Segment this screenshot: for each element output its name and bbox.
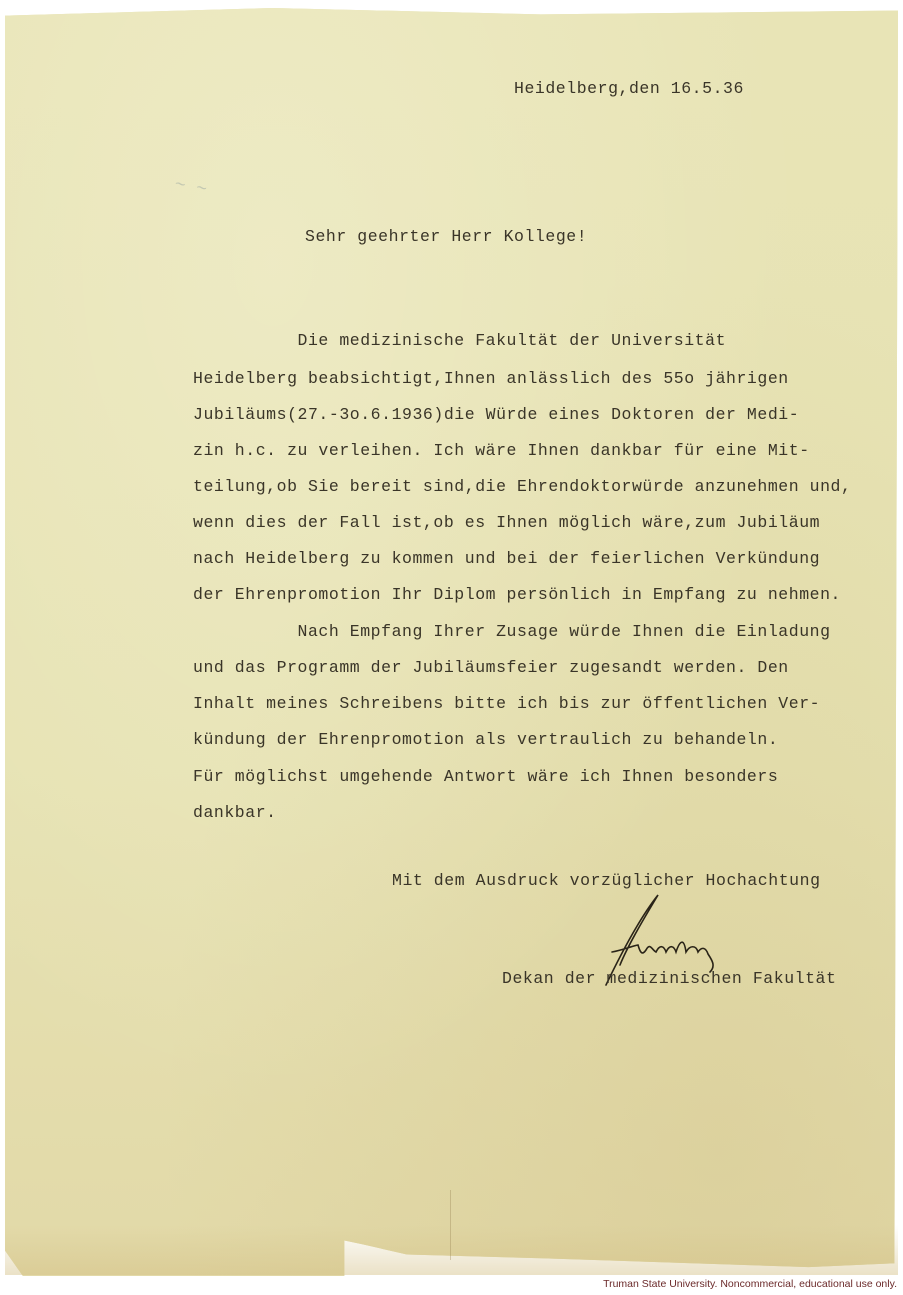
body-line: Für möglichst umgehende Antwort wäre ich… xyxy=(193,769,778,786)
closing-line: Mit dem Ausdruck vorzüglicher Hochachtun… xyxy=(392,873,821,890)
body-line: Heidelberg beabsichtigt,Ihnen anlässlich… xyxy=(193,371,789,388)
body-line: der Ehrenpromotion Ihr Diplom persönlich… xyxy=(193,587,841,604)
letter-paper xyxy=(5,8,898,1276)
body-line: zin h.c. zu verleihen. Ich wäre Ihnen da… xyxy=(193,443,810,460)
body-line: Jubiläums(27.-3o.6.1936)die Würde eines … xyxy=(193,407,799,424)
body-line: Die medizinische Fakultät der Universitä… xyxy=(193,333,726,350)
body-line: Inhalt meines Schreibens bitte ich bis z… xyxy=(193,696,820,713)
salutation: Sehr geehrter Herr Kollege! xyxy=(305,229,587,246)
body-line: dankbar. xyxy=(193,805,277,822)
body-line: kündung der Ehrenpromotion als vertrauli… xyxy=(193,732,778,749)
watermark-text: Truman State University. Noncommercial, … xyxy=(603,1278,897,1290)
paper-stain xyxy=(5,1225,898,1275)
signer-title: Dekan der medizinischen Fakultät xyxy=(502,971,836,988)
body-line: wenn dies der Fall ist,ob es Ihnen mögli… xyxy=(193,515,820,532)
body-line: Nach Empfang Ihrer Zusage würde Ihnen di… xyxy=(193,624,831,641)
body-line: teilung,ob Sie bereit sind,die Ehrendokt… xyxy=(193,479,851,496)
date-line: Heidelberg,den 16.5.36 xyxy=(514,81,744,98)
paper-tear xyxy=(450,1190,451,1260)
body-line: nach Heidelberg zu kommen und bei der fe… xyxy=(193,551,820,568)
body-line: und das Programm der Jubiläumsfeier zuge… xyxy=(193,660,789,677)
